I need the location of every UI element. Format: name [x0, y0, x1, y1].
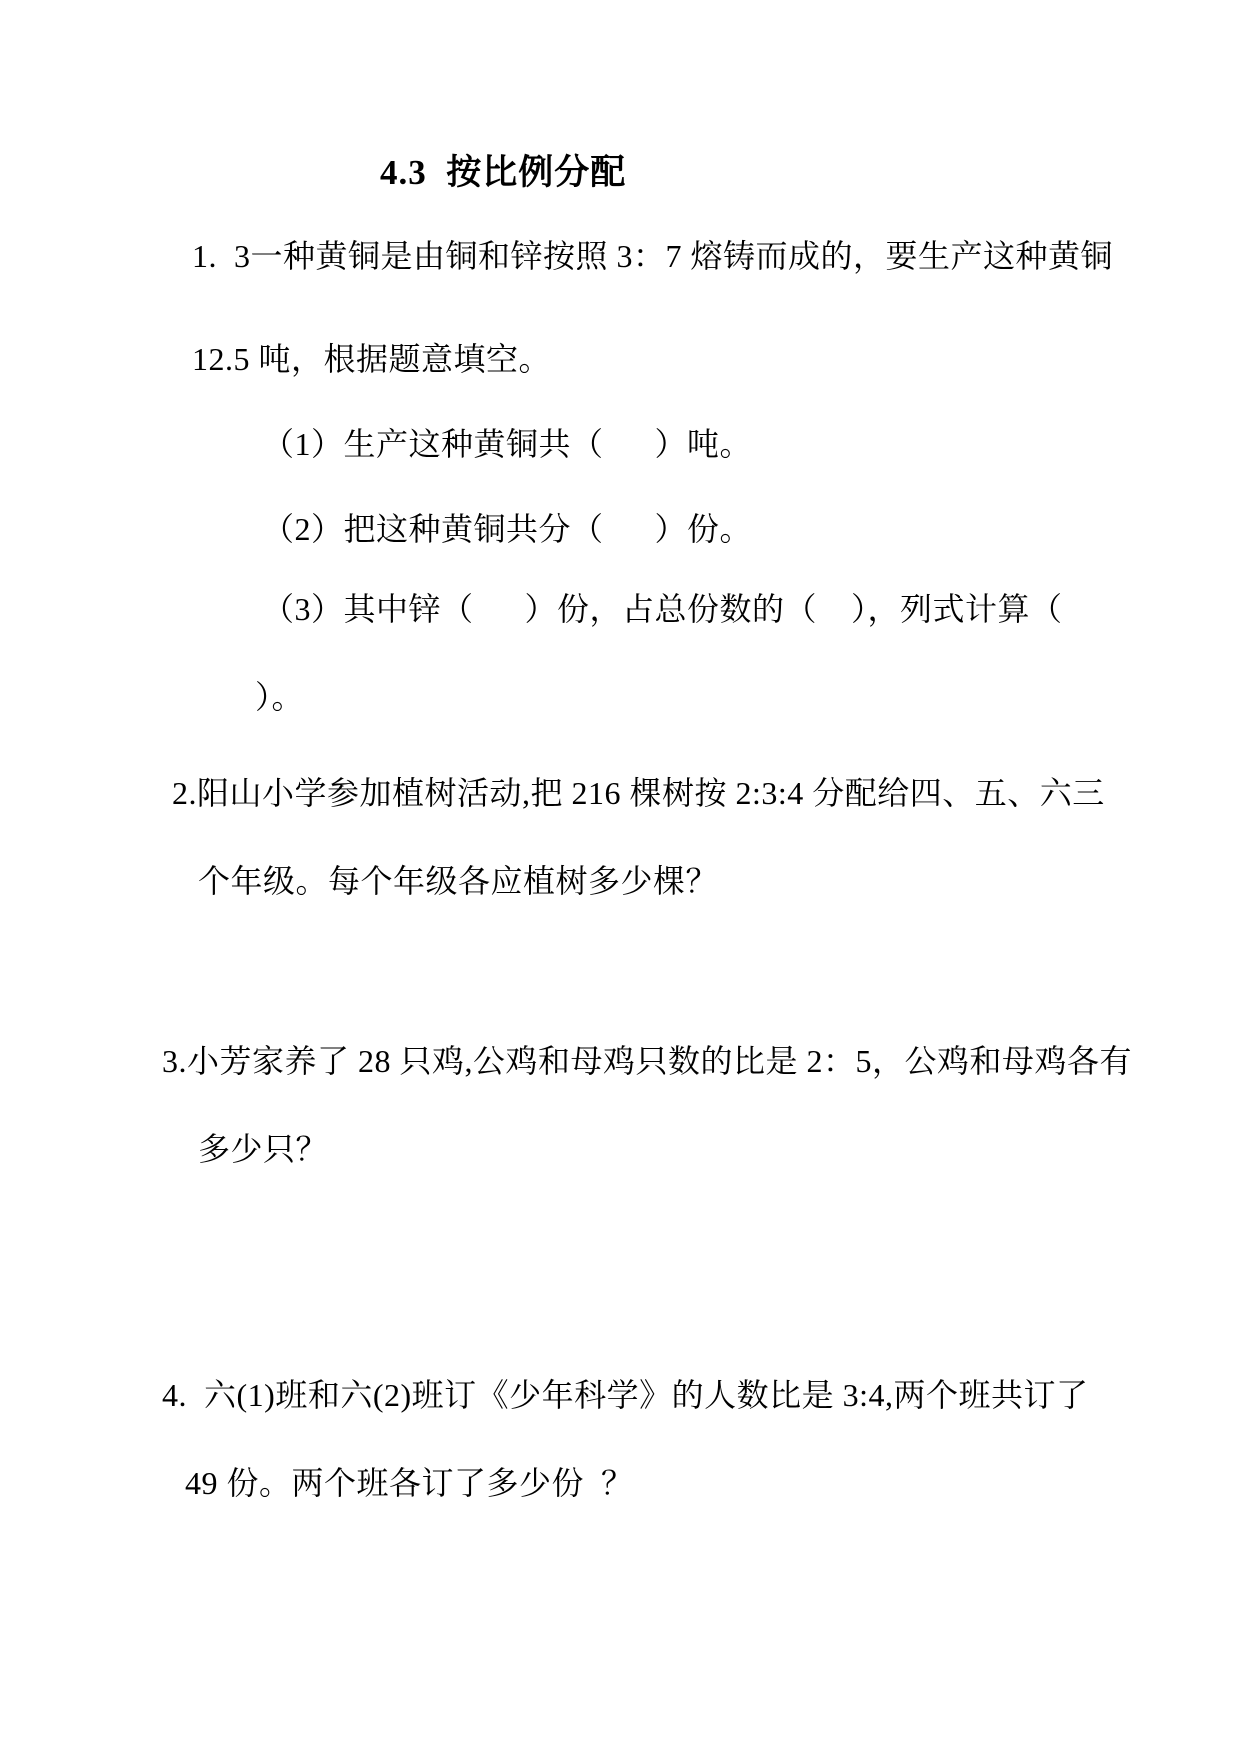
problem-1-line-1: 1. 3一种黄铜是由铜和锌按照 3：7 熔铸而成的，要生产这种黄铜: [192, 235, 1113, 277]
problem-2-line-1: 2.阳山小学参加植树活动,把 216 棵树按 2:3:4 分配给四、五、六三: [172, 772, 1105, 814]
problem-2-line-2: 个年级。每个年级各应植树多少棵？: [198, 860, 718, 902]
problem-1-subitem-2: （2）把这种黄铜共分（ ）份。: [262, 508, 752, 550]
problem-1-line-2: 12.5 吨，根据题意填空。: [192, 338, 551, 380]
worksheet-page: 4.3 按比例分配 1. 3一种黄铜是由铜和锌按照 3：7 熔铸而成的，要生产这…: [0, 0, 1241, 1754]
problem-4-line-2: 49 份。两个班各订了多少份 ？: [185, 1462, 634, 1504]
problem-1-subitem-1: （1）生产这种黄铜共（ ）吨。: [262, 423, 752, 465]
problem-3-line-1: 3.小芳家养了 28 只鸡,公鸡和母鸡只数的比是 2：5，公鸡和母鸡各有: [162, 1040, 1132, 1082]
problem-1-subitem-3: （3）其中锌（ ）份，占总份数的（ ），列式计算（: [262, 588, 1063, 630]
problem-4-line-1: 4. 六(1)班和六(2)班订《少年科学》的人数比是 3:4,两个班共订了: [162, 1374, 1089, 1416]
problem-3-line-2: 多少只？: [198, 1128, 328, 1170]
problem-1-subitem-3-close: ）。: [255, 676, 304, 718]
worksheet-title: 4.3 按比例分配: [380, 152, 626, 194]
